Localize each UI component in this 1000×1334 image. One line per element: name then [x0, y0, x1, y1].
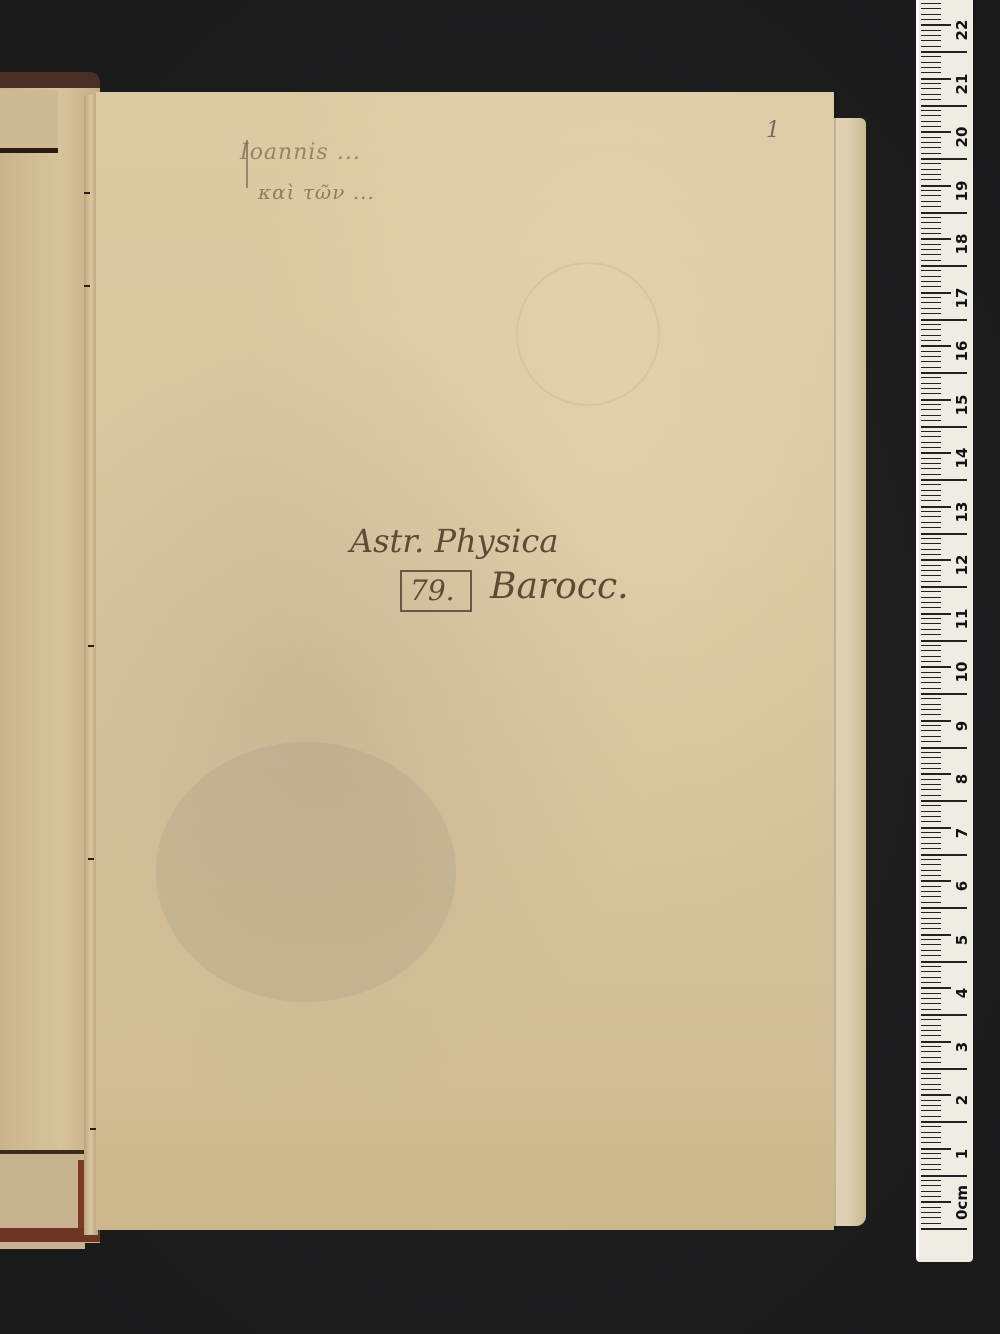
ruler-tick — [921, 217, 941, 218]
ruler-tick — [921, 447, 941, 448]
binding-strap-top — [0, 90, 58, 153]
ruler-tick — [921, 875, 941, 876]
ruler-tick — [921, 998, 941, 999]
ruler-tick — [921, 795, 941, 796]
stain — [156, 742, 456, 1002]
ruler-tick — [921, 533, 967, 535]
ruler-tick — [921, 516, 941, 517]
ruler-tick — [921, 30, 941, 31]
ruler-tick — [921, 939, 941, 940]
ruler-tick — [921, 661, 941, 662]
shelfmark-collection: Barocc. — [490, 566, 629, 607]
ruler-tick — [921, 923, 941, 924]
ruler-tick — [921, 672, 941, 673]
ruler-tick — [921, 1084, 941, 1085]
ruler-tick — [921, 372, 967, 374]
ruler-tick — [921, 201, 941, 202]
ruler-tick — [921, 158, 967, 160]
ruler-tick — [921, 789, 941, 790]
ruler-tick — [921, 1057, 941, 1058]
ruler-label: 20 — [953, 124, 971, 150]
ruler-tick — [921, 1025, 941, 1026]
ruler-label: 19 — [953, 178, 971, 204]
ruler-tick — [921, 1126, 941, 1127]
ruler-label: 18 — [953, 231, 971, 257]
ruler-tick — [921, 902, 941, 903]
ruler-tick — [921, 993, 941, 994]
ruler-tick — [921, 24, 951, 26]
ruler-tick — [921, 463, 941, 464]
ruler-tick — [921, 19, 941, 20]
ruler-tick — [921, 511, 941, 512]
ruler-tick — [921, 1035, 941, 1036]
ruler-tick — [921, 51, 967, 53]
ruler-tick — [921, 169, 941, 170]
ruler-tick — [921, 308, 941, 309]
ruler-tick — [921, 1062, 941, 1063]
ruler-tick — [921, 452, 951, 454]
ruler-tick — [921, 1148, 951, 1150]
top-annotation-line-1: Ioannis ... — [240, 140, 361, 165]
ruler-tick — [921, 629, 941, 630]
ruler-tick — [921, 1228, 967, 1230]
ruler-tick — [921, 677, 941, 678]
ruler-label: 12 — [953, 552, 971, 578]
ruler-tick — [921, 752, 941, 753]
ruler-label: 9 — [953, 713, 971, 739]
ruler-tick — [921, 1100, 941, 1101]
ruler-tick — [921, 1078, 941, 1079]
ruler-tick — [921, 479, 967, 481]
ruler-tick — [921, 763, 941, 764]
ruler-tick — [921, 1110, 941, 1111]
ruler-tick — [921, 94, 941, 95]
ruler-tick — [921, 955, 941, 956]
ruler-tick — [921, 720, 951, 722]
ruler-tick — [921, 222, 941, 223]
ruler-tick — [921, 918, 941, 919]
ruler-tick — [921, 821, 941, 822]
ruler-tick — [921, 559, 951, 561]
ruler-tick — [921, 698, 941, 699]
ruler-tick — [921, 1201, 951, 1203]
ruler-tick — [921, 351, 941, 352]
ruler-tick — [921, 554, 941, 555]
ruler-label: 3 — [953, 1034, 971, 1060]
ruler-tick — [921, 1121, 967, 1123]
ruler-tick — [921, 645, 941, 646]
ruler-tick — [921, 367, 941, 368]
ruler-tick — [921, 72, 941, 73]
ruler-tick — [921, 335, 941, 336]
ruler-tick — [921, 1164, 941, 1165]
top-annotation-line-2: καὶ τῶν ... — [258, 180, 375, 204]
ruler-tick — [921, 843, 941, 844]
ruler-tick — [921, 67, 941, 68]
ruler-tick — [921, 634, 941, 635]
ruler-tick — [921, 773, 951, 775]
ruler-label: 21 — [953, 71, 971, 97]
ruler-tick — [921, 404, 941, 405]
ruler-tick — [921, 709, 941, 710]
ruler-tick — [921, 121, 941, 122]
ruler-label: 11 — [953, 606, 971, 632]
ruler-tick — [921, 650, 941, 651]
centimetre-ruler: 0cm12345678910111213141516171819202122 — [916, 0, 973, 1262]
ruler-tick — [921, 784, 941, 785]
ruler-tick — [921, 581, 941, 582]
ruler-tick — [921, 891, 941, 892]
ruler-tick — [921, 14, 941, 15]
ruler-tick — [921, 880, 951, 882]
ruler-tick — [921, 3, 941, 4]
ruler-tick — [921, 1041, 951, 1043]
ruler-tick — [921, 185, 951, 187]
ruler-label: 8 — [953, 766, 971, 792]
ruler-label: 1 — [953, 1141, 971, 1167]
ruler-tick — [921, 1196, 941, 1197]
ruler-tick — [921, 110, 941, 111]
ruler-tick — [921, 1051, 941, 1052]
ruler-tick — [921, 527, 941, 528]
ruler-tick — [921, 977, 941, 978]
ruler-tick — [921, 190, 941, 191]
ruler-tick — [921, 1158, 941, 1159]
ruler-tick — [921, 928, 941, 929]
ruler-tick — [921, 543, 941, 544]
ruler-tick — [921, 1217, 941, 1218]
ruler-tick — [921, 474, 941, 475]
ruler-tick — [921, 779, 941, 780]
ruler-tick — [921, 575, 941, 576]
ruler-tick — [921, 415, 941, 416]
ruler-tick — [921, 142, 941, 143]
ruler-tick — [921, 88, 941, 89]
ruler-tick — [921, 345, 951, 347]
ruler-tick — [921, 966, 941, 967]
ruler-tick — [921, 228, 941, 229]
ruler-tick — [921, 238, 951, 240]
ruler-tick — [921, 1019, 941, 1020]
ruler-tick — [921, 147, 941, 148]
ruler-tick — [921, 179, 941, 180]
ruler-label: 16 — [953, 338, 971, 364]
ruler-tick — [921, 1223, 941, 1224]
ruler-tick — [921, 83, 941, 84]
ruler-tick — [921, 693, 967, 695]
ruler-tick — [921, 1137, 941, 1138]
ruler-tick — [921, 570, 941, 571]
ruler-tick — [921, 640, 967, 642]
ruler-tick — [921, 725, 941, 726]
ruler-tick — [921, 281, 941, 282]
ruler-tick — [921, 137, 941, 138]
ruler-tick — [921, 1212, 941, 1213]
ruler-tick — [921, 757, 941, 758]
ruler-tick — [921, 195, 941, 196]
ruler-tick — [921, 805, 941, 806]
ruler-tick — [921, 377, 941, 378]
ruler-tick — [921, 896, 941, 897]
ruler-label: 22 — [953, 17, 971, 43]
ruler-tick — [921, 982, 941, 983]
ruler-tick — [921, 383, 941, 384]
ruler-tick — [921, 265, 967, 267]
shelfmark-subject: Astr. Physica — [350, 522, 558, 560]
ruler-tick — [921, 736, 941, 737]
ruler-tick — [921, 313, 941, 314]
ruler-tick — [921, 458, 941, 459]
ruler-tick — [921, 1185, 941, 1186]
ruler-tick — [921, 35, 941, 36]
shelfmark-number: 79. — [410, 574, 455, 607]
ruler-tick — [921, 1132, 941, 1133]
ruler-tick — [921, 409, 941, 410]
ruler-tick — [921, 864, 941, 865]
ruler-tick — [921, 597, 941, 598]
ruler-tick — [921, 340, 941, 341]
ruler-tick — [921, 286, 941, 287]
sewing-thread — [84, 192, 90, 194]
ruler-tick — [921, 1003, 941, 1004]
ruler-tick — [921, 816, 941, 817]
ruler-tick — [921, 837, 941, 838]
ruler-tick — [921, 126, 941, 127]
ruler-tick — [921, 1175, 967, 1177]
ruler-label: 13 — [953, 499, 971, 525]
ruler-tick — [921, 292, 951, 294]
ruler-tick — [921, 522, 941, 523]
ruler-tick — [921, 356, 941, 357]
ruler-label: 17 — [953, 285, 971, 311]
ruler-tick — [921, 1030, 941, 1031]
ruler-tick — [921, 565, 941, 566]
ruler-tick — [921, 212, 967, 214]
ruler-tick — [921, 388, 941, 389]
ruler-label: 0cm — [953, 1194, 971, 1220]
ruler-tick — [921, 40, 941, 41]
ruler-tick — [921, 442, 941, 443]
ruler-tick — [921, 56, 941, 57]
ruler-tick — [921, 99, 941, 100]
ruler-tick — [921, 324, 941, 325]
ruler-label: 4 — [953, 980, 971, 1006]
ruler-tick — [921, 426, 967, 428]
ruler-tick — [921, 607, 941, 608]
sewing-thread — [84, 285, 90, 287]
ruler-tick — [921, 1073, 941, 1074]
ruler-tick — [921, 613, 951, 615]
folio-number: 1 — [766, 118, 780, 143]
ruler-tick — [921, 490, 941, 491]
ruler-tick — [921, 506, 951, 508]
ruler-tick — [921, 46, 941, 47]
ruler-tick — [921, 934, 951, 936]
ruler-tick — [921, 656, 941, 657]
ruler-tick — [921, 276, 941, 277]
ruler-tick — [921, 950, 941, 951]
ruler-tick — [921, 1009, 941, 1010]
ruler-tick — [921, 827, 951, 829]
ruler-tick — [921, 1207, 941, 1208]
ruler-tick — [921, 1089, 941, 1090]
ruler-tick — [921, 500, 941, 501]
ruler-tick — [921, 870, 941, 871]
ruler-tick — [921, 586, 967, 588]
ruler-tick — [921, 174, 941, 175]
ruler-tick — [921, 105, 967, 107]
ruler-tick — [921, 1169, 941, 1170]
ruler-tick — [921, 1116, 941, 1117]
ruler-tick — [921, 800, 967, 802]
ruler-tick — [921, 747, 967, 749]
ruler-tick — [921, 270, 941, 271]
ruler-tick — [921, 682, 941, 683]
ruler-label: 5 — [953, 927, 971, 953]
ruler-tick — [921, 302, 941, 303]
ruler-label: 10 — [953, 659, 971, 685]
ruler-tick — [921, 704, 941, 705]
ruler-tick — [921, 623, 941, 624]
ruler-tick — [921, 436, 941, 437]
ruler-tick — [921, 602, 941, 603]
ruler-label: 6 — [953, 873, 971, 899]
ruler-tick — [921, 538, 941, 539]
ruler-label: 2 — [953, 1087, 971, 1113]
ruler-tick — [921, 1153, 941, 1154]
ruler-tick — [921, 1014, 967, 1016]
ruler-tick — [921, 811, 941, 812]
ruler-tick — [921, 329, 941, 330]
ruler-tick — [921, 62, 941, 63]
ruler-tick — [921, 249, 941, 250]
ruler-tick — [921, 431, 941, 432]
ruler-tick — [921, 78, 951, 80]
ruler-tick — [921, 1191, 941, 1192]
ruler-tick — [921, 961, 967, 963]
ruler-tick — [921, 420, 941, 421]
sewing-thread — [88, 858, 94, 860]
ruler-tick — [921, 244, 941, 245]
ruler-tick — [921, 912, 941, 913]
ruler-tick — [921, 859, 941, 860]
ruler-tick — [921, 115, 941, 116]
ruler-tick — [921, 1180, 941, 1181]
ruler-tick — [921, 1094, 951, 1096]
manuscript-flyleaf — [96, 92, 834, 1230]
ruler-tick — [921, 768, 941, 769]
ruler-tick — [921, 163, 941, 164]
ruler-tick — [921, 944, 941, 945]
ruler-tick — [921, 591, 941, 592]
ruler-tick — [921, 1068, 967, 1070]
ruler-tick — [921, 8, 941, 9]
ruler-tick — [921, 666, 951, 668]
ruler-tick — [921, 297, 941, 298]
ruler-tick — [921, 319, 967, 321]
ruler-tick — [921, 730, 941, 731]
ruler-tick — [921, 832, 941, 833]
ruler-tick — [921, 618, 941, 619]
ruler-tick — [921, 688, 941, 689]
ruler-tick — [921, 987, 951, 989]
ruler-label: 7 — [953, 820, 971, 846]
ruler-tick — [921, 131, 951, 133]
ruler-tick — [921, 1142, 941, 1143]
ruler-tick — [921, 484, 941, 485]
ruler-tick — [921, 153, 941, 154]
ruler-tick — [921, 254, 941, 255]
ruler-tick — [921, 468, 941, 469]
ruler-tick — [921, 393, 941, 394]
ruler-tick — [921, 399, 951, 401]
faint-offset-mark — [516, 262, 660, 406]
ruler-tick — [921, 549, 941, 550]
ruler-tick — [921, 233, 941, 234]
ruler-tick — [921, 495, 941, 496]
ruler-tick — [921, 1105, 941, 1106]
ruler-tick — [921, 714, 941, 715]
ruler-tick — [921, 907, 967, 909]
ruler-tick — [921, 854, 967, 856]
ruler-tick — [921, 848, 941, 849]
ruler-label: 15 — [953, 392, 971, 418]
ruler-tick — [921, 886, 941, 887]
sewing-thread — [88, 645, 94, 647]
ruler-label: 14 — [953, 445, 971, 471]
ruler-tick — [921, 361, 941, 362]
ruler-tick — [921, 206, 941, 207]
ruler-tick — [921, 260, 941, 261]
ruler-tick — [921, 1046, 941, 1047]
ruler-tick — [921, 971, 941, 972]
ruler-tick — [921, 741, 941, 742]
